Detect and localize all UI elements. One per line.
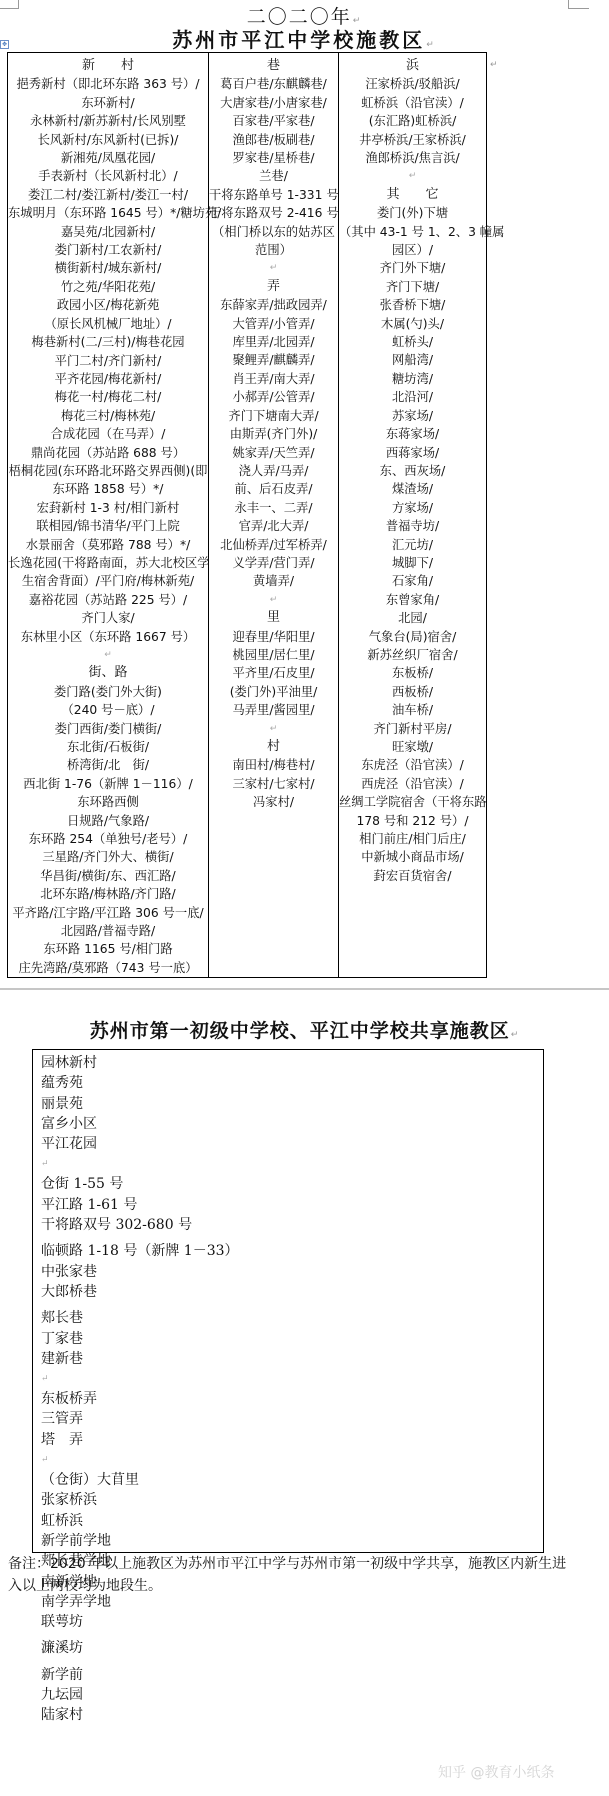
section-heading: 其 它 bbox=[339, 186, 486, 204]
zone-entry: 煤渣场/ bbox=[339, 480, 486, 498]
zone-entry: 东环路西侧 bbox=[8, 793, 208, 811]
zone-entry: 娄江二村/娄江新村/娄江一村/ bbox=[8, 186, 208, 204]
zone-entry: 长风新村/东风新村(已拆)/ bbox=[8, 131, 208, 149]
zone-entry: 浇人弄/马弄/ bbox=[209, 462, 338, 480]
shared-zone-entry: （仓街）大苜里 bbox=[41, 1470, 239, 1490]
column-xincun-jielu: 新 村挹秀新村（即北环东路 363 号）/东环新村/永林新村/新苏新村/长风别墅… bbox=[8, 53, 209, 978]
zone-entry: 长逸花园(干将路南面，苏大北校区学 bbox=[8, 554, 208, 572]
blank-line: ↵ bbox=[209, 720, 338, 738]
zone-entry: 西板桥/ bbox=[339, 683, 486, 701]
shared-zone-box: 园林新村蕴秀苑丽景苑富乡小区平江花园↵仓街 1-55 号平江路 1-61 号干将… bbox=[32, 1049, 544, 1553]
zone-entry: 由斯弄(齐门外)/ bbox=[209, 425, 338, 443]
zone-entry: 新苏丝织厂宿舍/ bbox=[339, 646, 486, 664]
zone-entry: 干将东路双号 2-416 号 bbox=[209, 204, 338, 222]
section-heading: 村 bbox=[209, 738, 338, 756]
zone-entry: 中新城小商品市场/ bbox=[339, 848, 486, 866]
page-1: 二〇二〇年↵ 苏州市平江中学校施教区↵ ✥ 新 村挹秀新村（即北环东路 363 … bbox=[0, 0, 609, 986]
zone-entry: 黄墙弄/ bbox=[209, 572, 338, 590]
zone-entry: 合成花园（在马弄）/ bbox=[8, 425, 208, 443]
zone-entry: 糖坊湾/ bbox=[339, 370, 486, 388]
blank-line: ↵ bbox=[41, 1369, 239, 1389]
zone-entry: 北环东路/梅林路/齐门路/ bbox=[8, 885, 208, 903]
shared-zone-entry: 张家桥浜 bbox=[41, 1490, 239, 1510]
zone-entry: 东板桥/ bbox=[339, 664, 486, 682]
zone-entry: 娄门西街/娄门横街/ bbox=[8, 720, 208, 738]
zone-entry: 平齐里/石皮里/ bbox=[209, 664, 338, 682]
zone-entry: 生宿舍背面）/平门府/梅林新苑/ bbox=[8, 572, 208, 590]
zone-entry: 日规路/气象路/ bbox=[8, 812, 208, 830]
zone-entry: 庄先湾路/莫邪路（743 号一底） bbox=[8, 959, 208, 977]
zone-entry: （其中 43-1 号 1、2、3 幢属 bbox=[339, 223, 486, 241]
zone-entry: 罗家巷/星桥巷/ bbox=[209, 149, 338, 167]
zone-entry: 渔郎巷/板刷巷/ bbox=[209, 131, 338, 149]
zone-entry: 石家角/ bbox=[339, 572, 486, 590]
zone-entry: 嘉裕花园（苏站路 225 号）/ bbox=[8, 591, 208, 609]
shared-zone-entry: 陆家村 bbox=[41, 1705, 239, 1725]
section-heading: 里 bbox=[209, 609, 338, 627]
shared-zone-entry: 蕴秀苑 bbox=[41, 1073, 239, 1093]
zone-entry: 平齐花园/梅花新村/ bbox=[8, 370, 208, 388]
shared-zone-list: 园林新村蕴秀苑丽景苑富乡小区平江花园↵仓街 1-55 号平江路 1-61 号干将… bbox=[41, 1053, 239, 1726]
zone-entry: 北园/ bbox=[339, 609, 486, 627]
zone-entry: 三星路/齐门外大、横街/ bbox=[8, 848, 208, 866]
zone-entry: 丝绸工学院宿舍（干将东路 bbox=[339, 793, 486, 811]
shared-zone-entry: 中张家巷 bbox=[41, 1262, 239, 1282]
zone-entry: 干将东路单号 1-331 号 bbox=[209, 186, 338, 204]
shared-zone-entry: 东板桥弄 bbox=[41, 1389, 239, 1409]
zone-entry: 义学弄/营门弄/ bbox=[209, 554, 338, 572]
row-end-mark: ↵ bbox=[490, 60, 498, 70]
zone-entry: 永林新村/新苏新村/长风别墅 bbox=[8, 112, 208, 130]
zone-entry: 渔郎桥浜/焦言浜/ bbox=[339, 149, 486, 167]
shared-zone-entry: 虹桥浜 bbox=[41, 1511, 239, 1531]
zone-entry: 梅巷新村(二/三村)/梅巷花园 bbox=[8, 333, 208, 351]
zone-entry: 政园小区/梅花新苑 bbox=[8, 296, 208, 314]
shared-zone-entry: 仓街 1-55 号 bbox=[41, 1174, 239, 1194]
zone-entry: 大管弄/小管弄/ bbox=[209, 315, 338, 333]
column-xiang-nong-li-cun: 巷葛百户巷/东麒麟巷/大唐家巷/小唐家巷/百家巷/平家巷/渔郎巷/板刷巷/罗家巷… bbox=[209, 53, 339, 978]
shared-zone-entry: 丁家巷 bbox=[41, 1329, 239, 1349]
shared-zone-entry: 建新巷 bbox=[41, 1349, 239, 1369]
zone-entry: 普福寺坊/ bbox=[339, 517, 486, 535]
remark-note: 备注：2020 年以上施教区为苏州市平江中学与苏州市第一初级中学共享，施教区内新… bbox=[8, 1553, 568, 1597]
zone-entry: 前、后石皮弄/ bbox=[209, 480, 338, 498]
zone-entry: 网船湾/ bbox=[339, 351, 486, 369]
shared-zone-entry: 干将路双号 302-680 号 bbox=[41, 1215, 239, 1235]
zone-entry: 相门前庄/相门后庄/ bbox=[339, 830, 486, 848]
zone-entry: 横街新村/城东新村/ bbox=[8, 259, 208, 277]
shared-zone-entry: 平江路 1-61 号 bbox=[41, 1195, 239, 1215]
zone-entry: 东、西灰场/ bbox=[339, 462, 486, 480]
zone-entry: 兰巷/ bbox=[209, 167, 338, 185]
zone-entry: 南田村/梅巷村/ bbox=[209, 756, 338, 774]
zone-entry: 梧桐花园(东环路北环路交界西侧)(即 bbox=[8, 462, 208, 480]
zone-entry: 汇元坊/ bbox=[339, 536, 486, 554]
zone-entry: 聚鲤弄/麒麟弄/ bbox=[209, 351, 338, 369]
section-heading: 新 村 bbox=[8, 57, 208, 75]
zone-entry: 华昌街/横街/东、西汇路/ bbox=[8, 867, 208, 885]
zone-entry: 永丰一、二弄/ bbox=[209, 499, 338, 517]
zone-entry: 齐门新村平房/ bbox=[339, 720, 486, 738]
zone-entry: 百家巷/平家巷/ bbox=[209, 112, 338, 130]
shared-zone-entry: 三管弄 bbox=[41, 1409, 239, 1429]
shared-zone-entry: 园林新村 bbox=[41, 1053, 239, 1073]
main-title: 苏州市平江中学校施教区↵ bbox=[0, 24, 609, 53]
zone-entry: 梅花三村/梅林苑/ bbox=[8, 407, 208, 425]
zone-entry: (娄门外)平油里/ bbox=[209, 683, 338, 701]
zone-entry: （240 号－底）/ bbox=[8, 701, 208, 719]
zone-entry: 三家村/七家村/ bbox=[209, 775, 338, 793]
zone-entry: 新湘苑/凤凰花园/ bbox=[8, 149, 208, 167]
zone-entry: 方家场/ bbox=[339, 499, 486, 517]
school-zone-table: 新 村挹秀新村（即北环东路 363 号）/东环新村/永林新村/新苏新村/长风别墅… bbox=[7, 52, 487, 978]
shared-zone-entry: 新学前学地 bbox=[41, 1531, 239, 1551]
zone-entry: 姚家弄/天竺弄/ bbox=[209, 444, 338, 462]
section-heading: 街、路 bbox=[8, 664, 208, 682]
blank-line: ↵ bbox=[8, 646, 208, 664]
section-heading: 弄 bbox=[209, 278, 338, 296]
zone-entry: 东环路 1165 号/相门路 bbox=[8, 940, 208, 958]
zone-entry: 东北街/石板街/ bbox=[8, 738, 208, 756]
zone-entry: 张香桥下塘/ bbox=[339, 296, 486, 314]
shared-zone-entry: 平江花园 bbox=[41, 1134, 239, 1154]
zone-entry: （原长风机械厂地址）/ bbox=[8, 315, 208, 333]
zone-entry: 北仙桥弄/过军桥弄/ bbox=[209, 536, 338, 554]
shared-zone-entry: 大郎桥巷 bbox=[41, 1282, 239, 1302]
zone-entry: 井亭桥浜/王家桥浜/ bbox=[339, 131, 486, 149]
zone-entry: 娄门新村/工农新村/ bbox=[8, 241, 208, 259]
zone-entry: 城脚下/ bbox=[339, 554, 486, 572]
zone-entry: 官弄/北大弄/ bbox=[209, 517, 338, 535]
zone-entry: 气象台(局)宿舍/ bbox=[339, 628, 486, 646]
shared-zone-title: 苏州市第一初级中学校、平江中学校共享施教区↵ bbox=[0, 1016, 609, 1043]
zone-entry: 水景丽舍（莫邪路 788 号）*/ bbox=[8, 536, 208, 554]
blank-line: ↵ bbox=[339, 167, 486, 185]
zone-entry: (东汇路)虹桥浜/ bbox=[339, 112, 486, 130]
zone-entry: 西北街 1-76（新牌 1－116）/ bbox=[8, 775, 208, 793]
shared-zone-entry: 联萼坊 bbox=[41, 1612, 239, 1632]
shared-zone-entry: 新学前 bbox=[41, 1665, 239, 1685]
zone-entry: 宏葑新村 1-3 村/相门新村 bbox=[8, 499, 208, 517]
table-move-handle-icon[interactable]: ✥ bbox=[0, 40, 9, 49]
shared-zone-entry: 临顿路 1-18 号（新牌 1－33） bbox=[41, 1241, 239, 1261]
zone-entry: 旺家墩/ bbox=[339, 738, 486, 756]
shared-zone-entry: 郏长巷 bbox=[41, 1308, 239, 1328]
zone-entry: 娄门(外)下塘 bbox=[339, 204, 486, 222]
zone-entry: 梅花一村/梅花二村/ bbox=[8, 388, 208, 406]
watermark: 知乎 @教育小纸条 bbox=[438, 1762, 554, 1782]
section-heading: 浜 bbox=[339, 57, 486, 75]
zone-entry: 齐门下塘/ bbox=[339, 278, 486, 296]
zone-entry: （相门桥以东的姑苏区 bbox=[209, 223, 338, 241]
zone-entry: 娄门路(娄门外大街) bbox=[8, 683, 208, 701]
zone-entry: 齐门人家/ bbox=[8, 609, 208, 627]
zone-entry: 东环路 254（单独号/老号）/ bbox=[8, 830, 208, 848]
zone-entry: 小郝弄/公管弄/ bbox=[209, 388, 338, 406]
zone-entry: 东环新村/ bbox=[8, 94, 208, 112]
section-heading: 巷 bbox=[209, 57, 338, 75]
zone-entry: 东曾家角/ bbox=[339, 591, 486, 609]
blank-line: ↵ bbox=[41, 1154, 239, 1174]
zone-entry: 葑宏百货宿舍/ bbox=[339, 867, 486, 885]
zone-entry: 北园路/普福寺路/ bbox=[8, 922, 208, 940]
zone-entry: 东蒋家场/ bbox=[339, 425, 486, 443]
blank-line: ↵ bbox=[209, 591, 338, 609]
zone-entry: 东环路 1858 号）*/ bbox=[8, 480, 208, 498]
shared-zone-entry: 濂溪坊 bbox=[41, 1638, 239, 1658]
zone-entry: 园区）/ bbox=[339, 241, 486, 259]
zone-entry: 范围） bbox=[209, 241, 338, 259]
blank-line: ↵ bbox=[209, 259, 338, 277]
zone-entry: 北沿河/ bbox=[339, 388, 486, 406]
shared-zone-entry: 塔 弄 bbox=[41, 1430, 239, 1450]
zone-entry: 库里弄/北园弄/ bbox=[209, 333, 338, 351]
shared-zone-entry: 九坛园 bbox=[41, 1685, 239, 1705]
zone-entry: 马弄里/酱园里/ bbox=[209, 701, 338, 719]
zone-entry: 手表新村（长风新村北）/ bbox=[8, 167, 208, 185]
zone-entry: 鼎尚花园（苏站路 688 号） bbox=[8, 444, 208, 462]
shared-zone-entry: 富乡小区 bbox=[41, 1114, 239, 1134]
zone-entry: 178 号和 212 号）/ bbox=[339, 812, 486, 830]
zone-entry: 迎春里/华阳里/ bbox=[209, 628, 338, 646]
zone-entry: 联相园/锦书清华/平门上院 bbox=[8, 517, 208, 535]
zone-entry: 虹桥头/ bbox=[339, 333, 486, 351]
zone-entry: 冯家村/ bbox=[209, 793, 338, 811]
zone-entry: 大唐家巷/小唐家巷/ bbox=[209, 94, 338, 112]
zone-entry: 桃园里/居仁里/ bbox=[209, 646, 338, 664]
zone-entry: 葛百户巷/东麒麟巷/ bbox=[209, 75, 338, 93]
zone-entry: 西蒋家场/ bbox=[339, 444, 486, 462]
zone-entry: 虹桥浜（沿官渎）/ bbox=[339, 94, 486, 112]
zone-entry: 桥湾街/北 街/ bbox=[8, 756, 208, 774]
zone-entry: 挹秀新村（即北环东路 363 号）/ bbox=[8, 75, 208, 93]
zone-entry: 竹之苑/华阳花苑/ bbox=[8, 278, 208, 296]
zone-entry: 东林里小区（东环路 1667 号） bbox=[8, 628, 208, 646]
zone-entry: 油车桥/ bbox=[339, 701, 486, 719]
zone-entry: 嘉吴苑/北园新村/ bbox=[8, 223, 208, 241]
zone-entry: 东薛家弄/拙政园弄/ bbox=[209, 296, 338, 314]
zone-entry: 木属(勺)头/ bbox=[339, 315, 486, 333]
shared-zone-entry: 丽景苑 bbox=[41, 1094, 239, 1114]
zone-entry: 西虎泾（沿官渎）/ bbox=[339, 775, 486, 793]
zone-entry: 齐门下塘南大弄/ bbox=[209, 407, 338, 425]
zone-entry: 平齐路/江宇路/平江路 306 号一底/ bbox=[8, 904, 208, 922]
zone-entry: 齐门外下塘/ bbox=[339, 259, 486, 277]
zone-entry: 平门二村/齐门新村/ bbox=[8, 352, 208, 370]
zone-entry: 东虎泾（沿官渎）/ bbox=[339, 756, 486, 774]
zone-entry: 肖王弄/南大弄/ bbox=[209, 370, 338, 388]
zone-entry: 苏家场/ bbox=[339, 407, 486, 425]
zone-entry: 东城明月（东环路 1645 号）*/糖坊苑/ bbox=[8, 204, 208, 222]
page-break bbox=[0, 988, 609, 990]
column-bang-qita: 浜汪家桥浜/驳船浜/虹桥浜（沿官渎）/(东汇路)虹桥浜/井亭桥浜/王家桥浜/渔郎… bbox=[339, 53, 487, 978]
blank-line: ↵ bbox=[41, 1450, 239, 1470]
zone-entry: 汪家桥浜/驳船浜/ bbox=[339, 75, 486, 93]
